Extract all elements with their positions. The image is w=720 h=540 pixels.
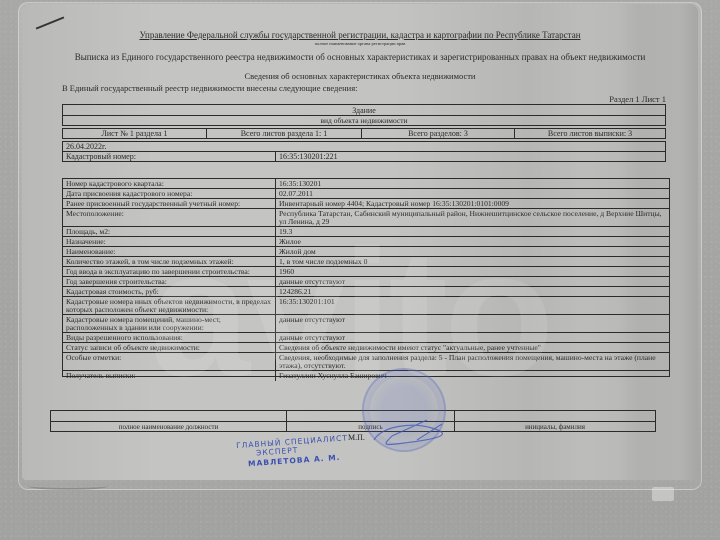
details-row: Ранее присвоенный государственный учетны…	[63, 199, 669, 209]
details-label: Дата присвоения кадастрового номера:	[63, 189, 275, 198]
position-blank	[51, 411, 286, 421]
details-value: Инвентарный номер 4404; Кадастровый номе…	[275, 199, 669, 208]
details-row: Кадастровые номера помещений, машино-мес…	[63, 315, 669, 333]
details-label: Назначение:	[63, 237, 275, 246]
object-type-box: Здание вид объекта недвижимости	[62, 104, 666, 126]
sheet-counts-box: Лист № 1 раздела 1 Всего листов раздела …	[62, 128, 666, 139]
sleeve-fold	[28, 482, 108, 490]
details-row: Назначение:Жилое	[63, 237, 669, 247]
document-title: Выписка из Единого государственного реес…	[0, 53, 720, 62]
position-caption: полное наименование должности	[51, 422, 286, 432]
date-row: 26.04.2022г.	[63, 142, 665, 152]
details-label: Площадь, м2:	[63, 227, 275, 236]
extract-date: 26.04.2022г.	[63, 142, 665, 151]
details-value: Жилой дом	[275, 247, 669, 256]
cadastral-row: Кадастровый номер: 16:35:130201:221	[63, 152, 665, 162]
section-sheet-label: Раздел 1 Лист 1	[560, 95, 666, 104]
details-row: Статус записи об объекте недвижимости:Св…	[63, 343, 669, 353]
cadastral-box: 26.04.2022г. Кадастровый номер: 16:35:13…	[62, 141, 666, 162]
details-row: Количество этажей, в том числе подземных…	[63, 257, 669, 267]
details-label: Количество этажей, в том числе подземных…	[63, 257, 275, 266]
name-caption: инициалы, фамилия	[454, 422, 655, 432]
details-row: Получатель выписки:Гизатуллин Хуснулла Б…	[63, 371, 669, 381]
details-label: Наименование:	[63, 247, 275, 256]
intro-text: В Единый государственный реестр недвижим…	[62, 84, 358, 93]
details-row: Кадастровые номера иных объектов недвижи…	[63, 297, 669, 315]
details-value: данные отсутствуют	[275, 333, 669, 342]
details-label: Год ввода в эксплуатацию по завершении с…	[63, 267, 275, 276]
signature-scribble	[372, 418, 452, 448]
details-table: Номер кадастрового квартала:16:35:130201…	[62, 178, 670, 377]
object-type-caption-row: вид объекта недвижимости	[63, 116, 665, 126]
details-label: Местоположение:	[63, 209, 275, 226]
details-value: данные отсутствуют	[275, 315, 669, 332]
cadastral-label: Кадастровый номер:	[63, 152, 275, 162]
object-type-row: Здание	[63, 105, 665, 116]
details-value: 124286.21	[275, 287, 669, 296]
name-blank	[454, 411, 655, 421]
details-row: Особые отметки:Сведения, необходимые для…	[63, 353, 669, 371]
details-row: Дата присвоения кадастрового номера:02.0…	[63, 189, 669, 199]
signature-blank-row	[51, 411, 655, 422]
details-row: Год завершения строительства:данные отсу…	[63, 277, 669, 287]
details-value: Сведения об объекте недвижимости имеют с…	[275, 343, 669, 352]
details-value: 19.3	[275, 227, 669, 236]
details-row: Виды разрешенного использования:данные о…	[63, 333, 669, 343]
sheet-number: Лист № 1 раздела 1	[63, 129, 206, 138]
object-type-caption: вид объекта недвижимости	[63, 116, 665, 126]
signature-table: полное наименование должности подпись ин…	[50, 410, 656, 432]
details-value: 02.07.2011	[275, 189, 669, 198]
details-label: Особые отметки:	[63, 353, 275, 370]
total-sections: Всего разделов: 3	[361, 129, 514, 138]
authority-caption: полное наименование органа регистрации п…	[0, 42, 720, 47]
details-row: Наименование:Жилой дом	[63, 247, 669, 257]
details-row: Местоположение:Республика Татарстан, Саб…	[63, 209, 669, 227]
details-row: Площадь, м2:19.3	[63, 227, 669, 237]
details-row: Номер кадастрового квартала:16:35:130201	[63, 179, 669, 189]
details-value: 1, в том числе подземных 0	[275, 257, 669, 266]
details-value: данные отсутствуют	[275, 277, 669, 286]
cadastral-number: 16:35:130201:221	[275, 152, 665, 162]
authority-name: Управление Федеральной службы государств…	[0, 31, 720, 40]
details-label: Кадастровая стоимость, руб:	[63, 287, 275, 296]
tape-piece	[652, 487, 674, 501]
details-label: Статус записи об объекте недвижимости:	[63, 343, 275, 352]
total-sheets: Всего листов выписки: 3	[514, 129, 665, 138]
details-row: Год ввода в эксплуатацию по завершении с…	[63, 267, 669, 277]
details-label: Кадастровые номера иных объектов недвижи…	[63, 297, 275, 314]
details-row: Кадастровая стоимость, руб:124286.21	[63, 287, 669, 297]
details-value: Гизатуллин Хуснулла Баширович	[275, 371, 669, 381]
details-value: Жилое	[275, 237, 669, 246]
details-value: 16:35:130201:101	[275, 297, 669, 314]
details-value: Сведения, необходимые для заполнения раз…	[275, 353, 669, 370]
details-label: Виды разрешенного использования:	[63, 333, 275, 342]
details-label: Ранее присвоенный государственный учетны…	[63, 199, 275, 208]
details-label: Номер кадастрового квартала:	[63, 179, 275, 188]
object-type: Здание	[63, 105, 665, 115]
details-value: 16:35:130201	[275, 179, 669, 188]
sheets-in-section: Всего листов раздела 1: 1	[206, 129, 361, 138]
details-label: Кадастровые номера помещений, машино-мес…	[63, 315, 275, 332]
document-subtitle: Сведения об основных характеристиках объ…	[0, 72, 720, 81]
signature-caption-row: полное наименование должности подпись ин…	[51, 422, 655, 432]
details-label: Получатель выписки:	[63, 371, 275, 381]
details-label: Год завершения строительства:	[63, 277, 275, 286]
details-value: 1960	[275, 267, 669, 276]
details-value: Республика Татарстан, Сабинский муниципа…	[275, 209, 669, 226]
